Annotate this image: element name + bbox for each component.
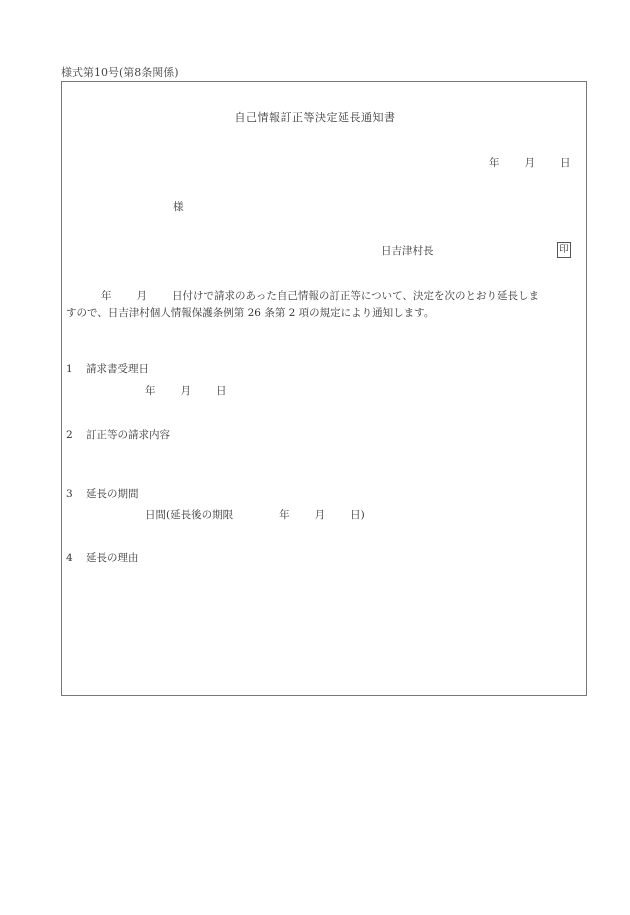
document-title: 自己情報訂正等決定延長通知書 <box>0 111 630 125</box>
month-label: 月 <box>525 157 536 169</box>
item-request-content: 2訂正等の請求内容 <box>66 428 170 442</box>
issuer-name: 日吉津村長 <box>381 244 434 258</box>
seal-mark: 印 <box>557 242 571 258</box>
body-line2: すので、日吉津村個人情報保護条例第 26 条第 2 項の規定により通知します。 <box>66 307 434 319</box>
year-label: 年 <box>145 385 156 397</box>
day-label: 日 <box>560 157 571 169</box>
body-year: 年 <box>101 290 112 302</box>
item-label: 請求書受理日 <box>86 363 149 375</box>
item-number: 2 <box>66 428 86 442</box>
item-number: 4 <box>66 551 86 565</box>
day-label: 日) <box>350 509 365 521</box>
day-label: 日 <box>216 385 227 397</box>
year-label: 年 <box>489 157 500 169</box>
receipt-date-fields: 年月日 <box>145 384 227 398</box>
days-label: 日間(延長後の期限 <box>145 509 233 521</box>
item-number: 1 <box>66 362 86 376</box>
issue-date: 年月日 <box>489 156 571 170</box>
item-receipt-date: 1請求書受理日 <box>66 362 149 376</box>
item-number: 3 <box>66 487 86 501</box>
month-label: 月 <box>315 509 326 521</box>
item-extension-period: 3延長の期間 <box>66 487 139 501</box>
addressee-suffix: 様 <box>173 200 184 214</box>
form-number-label: 様式第10号(第8条関係) <box>61 66 179 80</box>
month-label: 月 <box>181 385 192 397</box>
item-extension-reason: 4延長の理由 <box>66 551 139 565</box>
extension-period-fields: 日間(延長後の期限年月日) <box>145 508 365 522</box>
body-month: 月 <box>137 290 148 302</box>
item-label: 訂正等の請求内容 <box>86 429 170 441</box>
item-label: 延長の理由 <box>86 552 139 564</box>
item-label: 延長の期間 <box>86 488 139 500</box>
document-frame <box>61 81 587 696</box>
body-paragraph: 年月日付けで請求のあった自己情報の訂正等について、決定を次のとおり延長しま すの… <box>66 288 586 322</box>
body-line1: 日付けで請求のあった自己情報の訂正等について、決定を次のとおり延長しま <box>172 290 539 302</box>
year-label: 年 <box>279 509 290 521</box>
